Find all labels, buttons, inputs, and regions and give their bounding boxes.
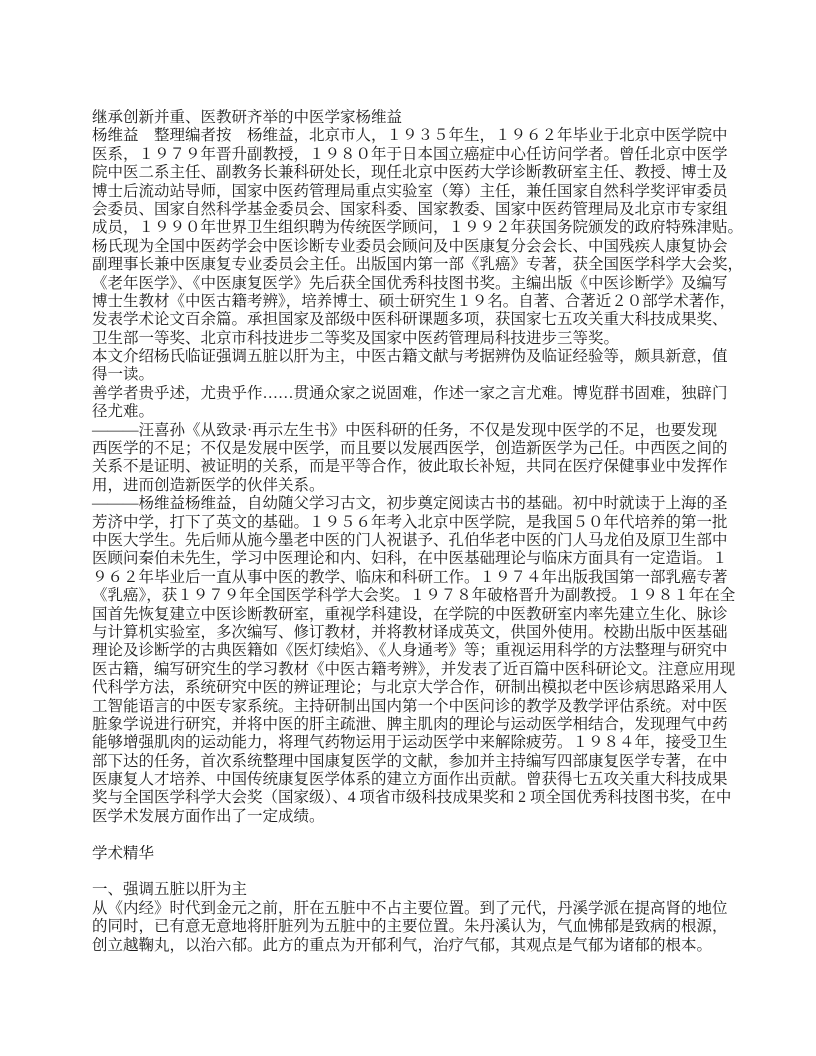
text-line: 副理事长兼中医康复专业委员会主任。出版国内第一部《乳癌》专著，获全国医学科学大会… <box>92 256 752 274</box>
text-line: 的同时，已有意无意地将肝脏列为五脏中的主要位置。朱丹溪认为，气血怫郁是致病的根源… <box>92 918 752 936</box>
document-page: 继承创新并重、医教研齐举的中医学家杨维益杨维益 整理编者按 杨维益，北京市人，１… <box>0 0 816 1056</box>
text-line: 善学者贵乎述，尤贵乎作……贯通众家之说固难，作述一家之言尤难。博览群书固难，独辟… <box>92 385 752 403</box>
blank-line <box>92 863 752 881</box>
text-line: 脏象学说进行研究，并将中医的肝主疏泄、脾主肌肉的理论与运动医学相结合，发现理气中… <box>92 716 752 734</box>
text-line: ———杨维益杨维益，自幼随父学习古文，初步奠定阅读古书的基础。初中时就读于上海的… <box>92 495 752 513</box>
text-line: 得一读。 <box>92 366 752 384</box>
text-line: 医古籍，编写研究生的学习教材《中医古籍考辨》，并发表了近百篇中医科研论文。注意应… <box>92 661 752 679</box>
text-line: 杨维益 整理编者按 杨维益，北京市人，１９３５年生，１９６２年毕业于北京中医学院… <box>92 127 752 145</box>
text-line: 卫生部一等奖、北京市科技进步二等奖及国家中医药管理局科技进步三等奖。 <box>92 330 752 348</box>
text-line: ９６２年毕业后一直从事中医的教学、临床和科研工作。１９７４年出版我国第一部乳癌专… <box>92 569 752 587</box>
text-line: 关系不是证明、被证明的关系，而是平等合作，彼此取长补短，共同在医疗保健事业中发挥… <box>92 458 752 476</box>
text-line: 部下达的任务，首次系统整理中国康复医学的文献，参加并主持编写四部康复医学专著，在… <box>92 753 752 771</box>
text-line: 发表学术论文百余篇。承担国家及部级中医科研课题多项，获国家七五攻关重大科技成果奖… <box>92 311 752 329</box>
document-body: 继承创新并重、医教研齐举的中医学家杨维益杨维益 整理编者按 杨维益，北京市人，１… <box>92 109 752 955</box>
text-line: 奖与全国医学科学大会奖（国家级）、4 项省市级科技成果奖和 2 项全国优秀科技图… <box>92 789 752 807</box>
text-line: 会委员、国家自然科学基金委员会、国家科委、国家教委、国家中医药管理局及北京市专家… <box>92 201 752 219</box>
document-title: 继承创新并重、医教研齐举的中医学家杨维益 <box>92 109 752 127</box>
text-line: 成员，１９９０年世界卫生组织聘为传统医学顾问，１９９２年获国务院颁发的政府特殊津… <box>92 219 752 237</box>
section-heading: 学术精华 <box>92 845 752 863</box>
text-line: 代科学方法，系统研究中医的辨证理论；与北京大学合作，研制出模拟老中医诊病思路采用… <box>92 679 752 697</box>
text-line: 医顾问秦伯未先生，学习中医理论和内、妇科，在中医基础理论与临床方面具有一定造诣。… <box>92 550 752 568</box>
text-line: 从《内经》时代到金元之前，肝在五脏中不占主要位置。到了元代，丹溪学派在提高肾的地… <box>92 900 752 918</box>
text-line: 《老年医学》、《中医康复医学》先后获全国优秀科技图书奖。主编出版《中医诊断学》及… <box>92 275 752 293</box>
text-line: 杨氏现为全国中医药学会中医诊断专业委员会顾问及中医康复分会会长、中国残疾人康复协… <box>92 238 752 256</box>
text-line: 院中医二系主任、副教务长兼科研处长，现任北京中医药大学诊断教研室主任、教授、博士… <box>92 164 752 182</box>
text-line: 国首先恢复建立中医诊断教研室，重视学科建设，在学院的中医教研室内率先建立生化、脉… <box>92 606 752 624</box>
text-line: 工智能语言的中医专家系统。主持研制出国内第一个中医问诊的教学及教学评估系统。对中… <box>92 698 752 716</box>
text-line: 医学术发展方面作出了一定成绩。 <box>92 808 752 826</box>
text-line: 创立越鞠丸，以治六郁。此方的重点为开郁利气，治疗气郁，其观点是气郁为诸郁的根本。 <box>92 937 752 955</box>
text-line: 与计算机实验室，多次编写、修订教材，并将教材译成英文，供国外使用。校勘出版中医基… <box>92 624 752 642</box>
blank-line <box>92 826 752 844</box>
text-line: 医系，１９７９年晋升副教授，１９８０年于日本国立癌症中心任访问学者。曾任北京中医… <box>92 146 752 164</box>
text-line: ———汪喜孙《从致录·再示左生书》中医科研的任务，不仅是发现中医学的不足，也要发… <box>92 422 752 440</box>
text-line: 能够增强肌肉的运动能力，将理气药物运用于运动医学中来解除疲劳。１９８４年，接受卫… <box>92 734 752 752</box>
section-heading: 一、强调五脏以肝为主 <box>92 881 752 899</box>
text-line: 博士生教材《中医古籍考辨》，培养博士、硕士研究生１９名。自著、合著近２０部学术著… <box>92 293 752 311</box>
text-line: 《乳癌》，获１９７９年全国医学科学大会奖。１９７８年破格晋升为副教授。１９８１年… <box>92 587 752 605</box>
text-line: 中医大学生。先后师从施今墨老中医的门人祝谌予、孔伯华老中医的门人马龙伯及原卫生部… <box>92 532 752 550</box>
text-line: 博士后流动站导师，国家中医药管理局重点实验室（筹）主任，兼任国家自然科学奖评审委… <box>92 183 752 201</box>
text-line: 径尤难。 <box>92 403 752 421</box>
text-line: 医康复人才培养、中国传统康复医学体系的建立方面作出贡献。曾获得七五攻关重大科技成… <box>92 771 752 789</box>
text-line: 芳济中学，打下了英文的基础。１９５６年考入北京中医学院，是我国５０年代培养的第一… <box>92 514 752 532</box>
text-line: 西医学的不足；不仅是发展中医学，而且要以发展西医学，创造新医学为己任。中西医之间… <box>92 440 752 458</box>
text-line: 本文介绍杨氏临证强调五脏以肝为主，中医古籍文献与考据辨伪及临证经验等，颇具新意，… <box>92 348 752 366</box>
text-line: 理论及诊断学的古典医籍如《医灯续焰》、《人身通考》等；重视运用科学的方法整理与研… <box>92 642 752 660</box>
text-line: 用，进而创造新医学的伙伴关系。 <box>92 477 752 495</box>
